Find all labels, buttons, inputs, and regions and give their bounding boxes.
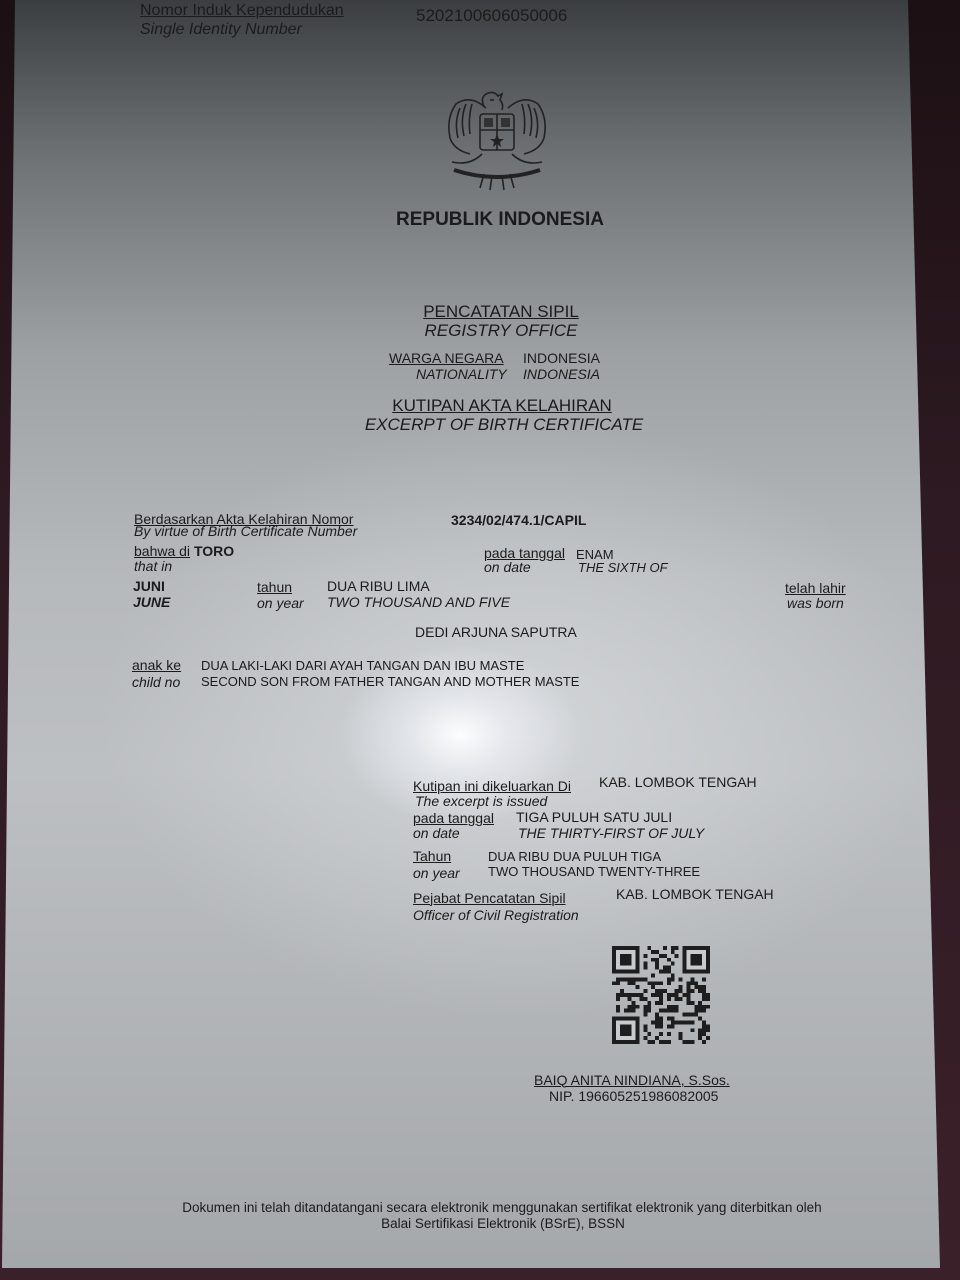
issue-date-label-en: on date xyxy=(413,826,460,841)
birth-year-label-en: on year xyxy=(257,596,304,611)
issue-date-value: TIGA PULUH SATU JULI xyxy=(516,810,672,825)
office-title: PENCATATAN SIPIL xyxy=(0,302,960,321)
footer-line-1: Dokumen ini telah ditandatangani secara … xyxy=(0,1199,960,1216)
issued-label-en: The excerpt is issued xyxy=(415,794,547,809)
birth-month-value-en: JUNE xyxy=(133,595,170,610)
child-no-value-en: SECOND SON FROM FATHER TANGAN AND MOTHER… xyxy=(201,674,579,689)
birth-year-label: tahun xyxy=(257,580,292,595)
issued-place-value: KAB. LOMBOK TENGAH xyxy=(599,775,757,790)
office-title-en: REGISTRY OFFICE xyxy=(0,321,960,340)
birth-place-row: bahwa di TORO xyxy=(134,544,234,559)
issue-date-value-en: THE THIRTY-FIRST OF JULY xyxy=(518,826,704,841)
issue-year-value: DUA RIBU DUA PULUH TIGA xyxy=(488,849,661,864)
nationality-value: INDONESIA xyxy=(523,350,600,366)
document-title-en: EXCERPT OF BIRTH CERTIFICATE xyxy=(0,415,960,434)
born-label-en: was born xyxy=(787,596,844,611)
child-no-label: anak ke xyxy=(132,658,181,673)
signatory-name: BAIQ ANITA NINDIANA, S.Sos. xyxy=(534,1073,730,1088)
issue-year-label-en: on year xyxy=(413,866,460,881)
birth-day-value-en: THE SIXTH OF xyxy=(578,560,668,575)
document-title: KUTIPAN AKTA KELAHIRAN xyxy=(0,396,960,415)
issue-year-label: Tahun xyxy=(413,849,451,864)
birth-year-value: DUA RIBU LIMA xyxy=(327,579,430,594)
child-no-value: DUA LAKI-LAKI DARI AYAH TANGAN DAN IBU M… xyxy=(201,658,524,673)
birth-certificate-paper: Nomor Induk Kependudukan Single Identity… xyxy=(0,0,960,1280)
birth-place-label: bahwa di xyxy=(134,543,190,559)
officer-label-en: Officer of Civil Registration xyxy=(413,908,579,923)
birth-date-label-en: on date xyxy=(484,560,531,575)
child-no-label-en: child no xyxy=(132,675,180,690)
issue-year-value-en: TWO THOUSAND TWENTY-THREE xyxy=(488,864,700,879)
nationality-label: WARGA NEGARA xyxy=(389,350,504,366)
footer-line-2: Balai Sertifikasi Elektronik (BSrE), BSS… xyxy=(0,1215,960,1232)
child-name: DEDI ARJUNA SAPUTRA xyxy=(415,625,577,640)
garuda-pancasila-emblem-icon xyxy=(440,88,555,198)
cert-number-value: 3234/02/474.1/CAPIL xyxy=(451,513,586,528)
qr-code-icon xyxy=(612,946,710,1044)
birth-month-value: JUNI xyxy=(133,579,165,594)
nationality-label-en: NATIONALITY xyxy=(416,366,507,382)
nationality-value-en: INDONESIA xyxy=(523,366,600,382)
nik-label-en: Single Identity Number xyxy=(140,21,302,38)
born-label: telah lahir xyxy=(785,581,846,596)
officer-label: Pejabat Pencatatan Sipil xyxy=(413,891,566,906)
cert-number-label-en: By virtue of Birth Certificate Number xyxy=(134,524,357,539)
country-title: REPUBLIK INDONESIA xyxy=(0,209,960,231)
nik-label: Nomor Induk Kependudukan xyxy=(140,2,344,19)
officer-value: KAB. LOMBOK TENGAH xyxy=(616,887,774,902)
nik-value: 5202100606050006 xyxy=(416,7,567,25)
birth-year-value-en: TWO THOUSAND AND FIVE xyxy=(327,595,510,610)
signatory-nip: NIP. 196605251986082005 xyxy=(549,1089,718,1104)
birth-place-value: TORO xyxy=(194,543,234,559)
issued-label: Kutipan ini dikeluarkan Di xyxy=(413,779,571,794)
birth-place-label-en: that in xyxy=(134,559,172,574)
issue-date-label: pada tanggal xyxy=(413,811,494,826)
